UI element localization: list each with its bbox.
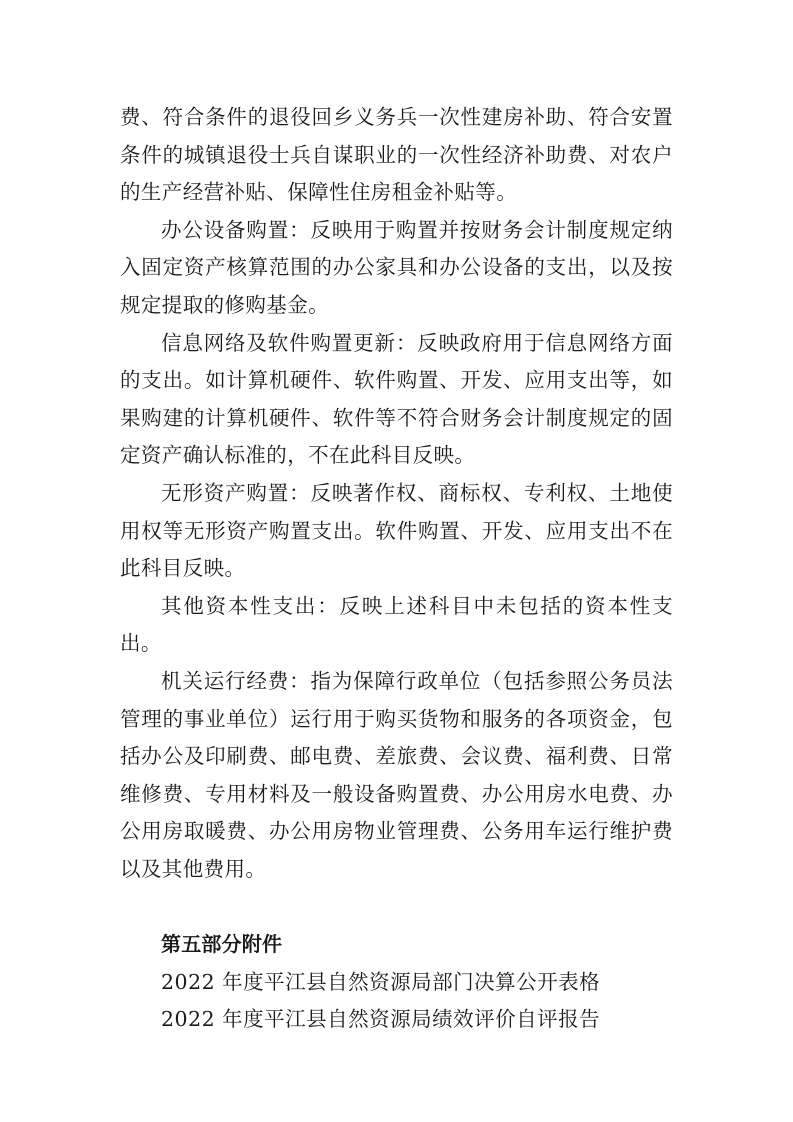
attachment-item: 2022 年度平江县自然资源局绩效评价自评报告: [120, 1001, 673, 1039]
paragraph-operating-expenses: 机关运行经费：指为保障行政单位（包括参照公务员法管理的事业单位）运行用于购买货物…: [120, 663, 673, 889]
paragraph-it-software: 信息网络及软件购置更新：反映政府用于信息网络方面的支出。如计算机硬件、软件购置、…: [120, 325, 673, 475]
section-heading: 第五部分附件: [120, 926, 673, 964]
attachment-item: 2022 年度平江县自然资源局部门决算公开表格: [120, 964, 673, 1002]
paragraph-intangible-assets: 无形资产购置：反映著作权、商标权、专利权、土地使用权等无形资产购置支出。软件购置…: [120, 475, 673, 588]
paragraph-other-capital: 其他资本性支出：反映上述科目中未包括的资本性支出。: [120, 588, 673, 663]
section-spacer: [120, 888, 673, 926]
paragraph-subsidy-continuation: 费、符合条件的退役回乡义务兵一次性建房补助、符合安置条件的城镇退役士兵自谋职业的…: [120, 99, 673, 212]
paragraph-office-equipment: 办公设备购置：反映用于购置并按财务会计制度规定纳入固定资产核算范围的办公家具和办…: [120, 212, 673, 325]
document-page: 费、符合条件的退役回乡义务兵一次性建房补助、符合安置条件的城镇退役士兵自谋职业的…: [120, 99, 673, 1039]
